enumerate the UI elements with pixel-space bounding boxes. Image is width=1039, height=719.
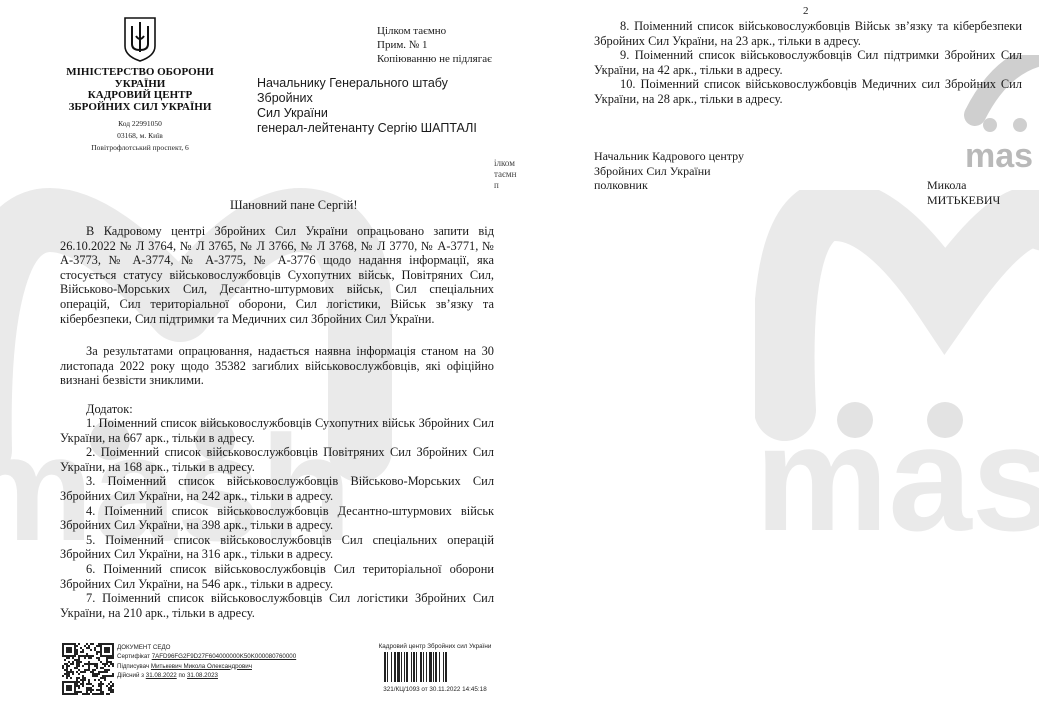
appendix-item: 8. Поіменний список військовослужбовців … bbox=[594, 19, 1022, 48]
page-number: 2 bbox=[803, 5, 809, 17]
appendix-item: 10. Поіменний список військовослужбовців… bbox=[594, 77, 1022, 106]
appendix-list-continued: 8. Поіменний список військовослужбовців … bbox=[594, 19, 1022, 107]
appendix-item: 9. Поіменний список військовослужбовців … bbox=[594, 48, 1022, 77]
page-2: 2 8. Поіменний список військовослужбовці… bbox=[0, 0, 1039, 719]
signatory-title: Начальник Кадрового центру Збройних Сил … bbox=[594, 149, 744, 193]
signer-name: Микола МИТЬКЕВИЧ bbox=[927, 178, 1039, 208]
